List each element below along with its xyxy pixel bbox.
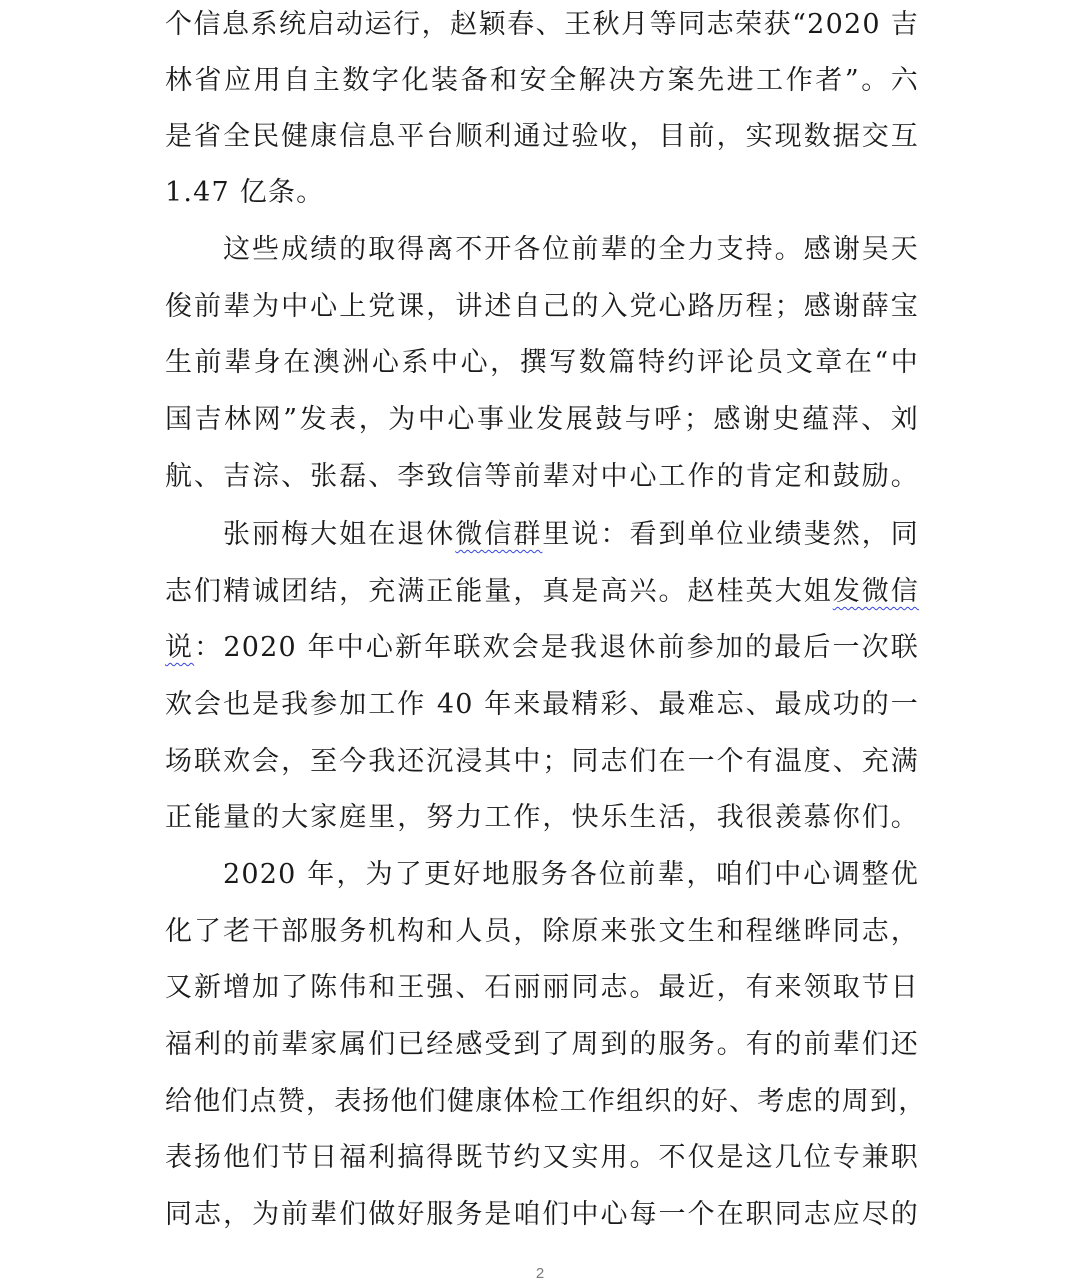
text-line: 化了老干部服务机构和人员，除原来张文生和程继晔同志， xyxy=(165,912,919,952)
text-line: 欢会也是我参加工作 40 年来最精彩、最难忘、最成功的一 xyxy=(165,685,919,725)
text-line: 福利的前辈家属们已经感受到了周到的服务。有的前辈们还 xyxy=(165,1025,919,1065)
text-line: 表扬他们节日福利搞得既节约又实用。不仅是这几位专兼职 xyxy=(165,1138,919,1178)
text-line: 志们精诚团结，充满正能量，真是高兴。赵桂英大姐发微信 xyxy=(165,572,919,612)
text-segment: 里说：看到单位业绩斐然，同 xyxy=(542,519,919,550)
text-line: 正能量的大家庭里，努力工作，快乐生活，我很羡慕你们。 xyxy=(165,798,919,838)
text-line: 同志，为前辈们做好服务是咱们中心每一个在职同志应尽的 xyxy=(165,1195,919,1235)
page-number: 2 xyxy=(0,1265,1080,1282)
text-line: 林省应用自主数字化装备和安全解决方案先进工作者”。六 xyxy=(165,61,919,101)
text-line: 1.47 亿条。 xyxy=(165,173,919,213)
text-line: 说：2020 年中心新年联欢会是我退休前参加的最后一次联 xyxy=(165,628,919,668)
text-segment: 志们精诚团结，充满正能量，真是高兴。赵桂英大姐 xyxy=(165,576,833,607)
text-line: 个信息系统启动运行，赵颖春、王秋月等同志荣获“2020 吉 xyxy=(165,5,919,45)
spellcheck-mark[interactable]: 发微信 xyxy=(833,576,919,607)
text-line: 又新增加了陈伟和王强、石丽丽同志。最近，有来领取节日 xyxy=(165,968,919,1008)
text-line: 张丽梅大姐在退休微信群里说：看到单位业绩斐然，同 xyxy=(223,515,919,555)
text-line: 2020 年，为了更好地服务各位前辈，咱们中心调整优 xyxy=(223,855,919,895)
text-line: 航、吉淙、张磊、李致信等前辈对中心工作的肯定和鼓励。 xyxy=(165,457,919,497)
document-page: 个信息系统启动运行，赵颖春、王秋月等同志荣获“2020 吉 林省应用自主数字化装… xyxy=(0,0,1080,1284)
text-line: 是省全民健康信息平台顺利通过验收，目前，实现数据交互 xyxy=(165,117,919,157)
spellcheck-mark[interactable]: 微信群 xyxy=(455,519,542,550)
text-line: 国吉林网”发表，为中心事业发展鼓与呼；感谢史蕴萍、刘 xyxy=(165,400,919,440)
text-line: 给他们点赞，表扬他们健康体检工作组织的好、考虑的周到， xyxy=(165,1082,919,1122)
text-segment: 张丽梅大姐在退休 xyxy=(223,519,455,550)
text-line: 俊前辈为中心上党课，讲述自己的入党心路历程；感谢薛宝 xyxy=(165,287,919,327)
text-line: 场联欢会，至今我还沉浸其中；同志们在一个有温度、充满 xyxy=(165,742,919,782)
text-segment: ：2020 年中心新年联欢会是我退休前参加的最后一次联 xyxy=(194,632,919,663)
text-line: 生前辈身在澳洲心系中心，撰写数篇特约评论员文章在“中 xyxy=(165,343,919,383)
spellcheck-mark[interactable]: 说 xyxy=(165,632,194,663)
text-line: 这些成绩的取得离不开各位前辈的全力支持。感谢吴天 xyxy=(223,230,919,270)
